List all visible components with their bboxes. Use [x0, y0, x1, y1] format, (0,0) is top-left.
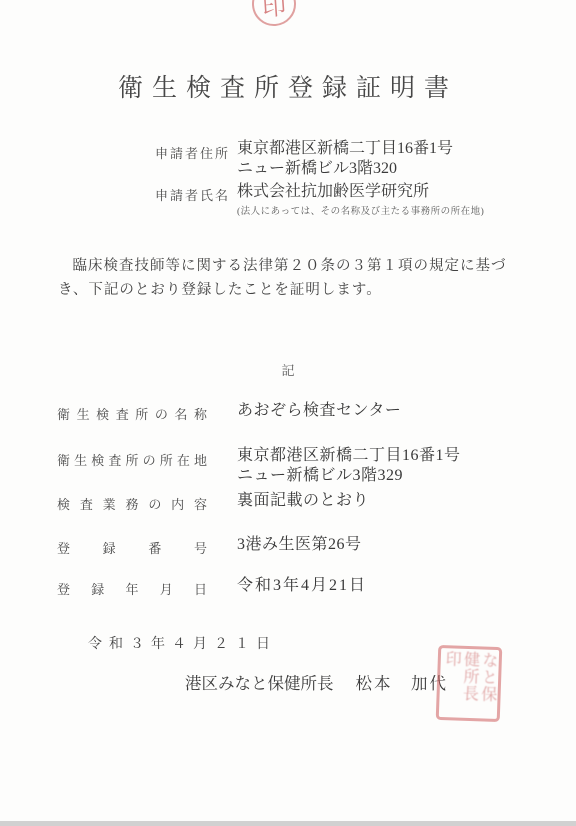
applicant-name-label: 申請者氏名	[155, 185, 230, 204]
issue-date: 令和３年４月２１日	[88, 633, 277, 653]
registration-date-value: 令和3年4月21日	[237, 576, 367, 596]
applicant-name-value: 株式会社抗加齢医学研究所	[237, 182, 429, 202]
signer-line: 港区みなと保健所長松本 加代	[185, 670, 448, 694]
applicant-address-value: 東京都港区新橋二丁目16番1号 ニュー新橋ビル3階320	[237, 139, 453, 179]
registration-date-label: 登録年月日	[57, 579, 207, 598]
certificate-page: 印 衛生検査所登録証明書 申請者住所 東京都港区新橋二丁目16番1号 ニュー新橋…	[0, 0, 576, 826]
official-red-seal: 港区みなと保健所長印	[436, 645, 503, 722]
seal-character-icon: 印	[261, 0, 287, 22]
lab-name-value: あおぞら検査センター	[237, 401, 401, 421]
inspection-content-value: 裏面記載のとおり	[237, 491, 369, 511]
lab-address-line1: 東京都港区新橋二丁目16番1号	[237, 446, 461, 466]
page-title: 衛生検査所登録証明書	[0, 68, 576, 104]
scan-edge	[0, 821, 576, 826]
applicant-address-label: 申請者住所	[155, 143, 230, 162]
issuer-title: 港区みなと保健所長	[185, 674, 334, 693]
lab-address-line2: ニュー新橋ビル3階329	[237, 466, 461, 486]
top-round-seal: 印	[251, 0, 298, 27]
lab-address-value: 東京都港区新橋二丁目16番1号 ニュー新橋ビル3階329	[237, 446, 461, 486]
certification-paragraph: 臨床検査技師等に関する法律第２０条の３第１項の規定に基づき、下記のとおり登録した…	[58, 254, 524, 302]
registration-number-label: 登録番号	[57, 538, 207, 557]
applicant-address-line1: 東京都港区新橋二丁目16番1号	[237, 139, 453, 159]
issuer-name: 松本 加代	[356, 674, 449, 693]
lab-address-label: 衛生検査所の所在地	[57, 450, 207, 469]
lab-name-label: 衛生検査所の名称	[57, 404, 207, 423]
applicant-address-line2: ニュー新橋ビル3階320	[237, 159, 453, 179]
official-seal-text: 港区みなと保健所長印	[440, 650, 502, 718]
corporate-note: (法人にあっては、その名称及び主たる事務所の所在地)	[237, 203, 484, 217]
inspection-content-label: 検査業務の内容	[57, 494, 207, 513]
record-marker: 記	[0, 360, 576, 379]
registration-number-value: 3港み生医第26号	[237, 535, 362, 555]
